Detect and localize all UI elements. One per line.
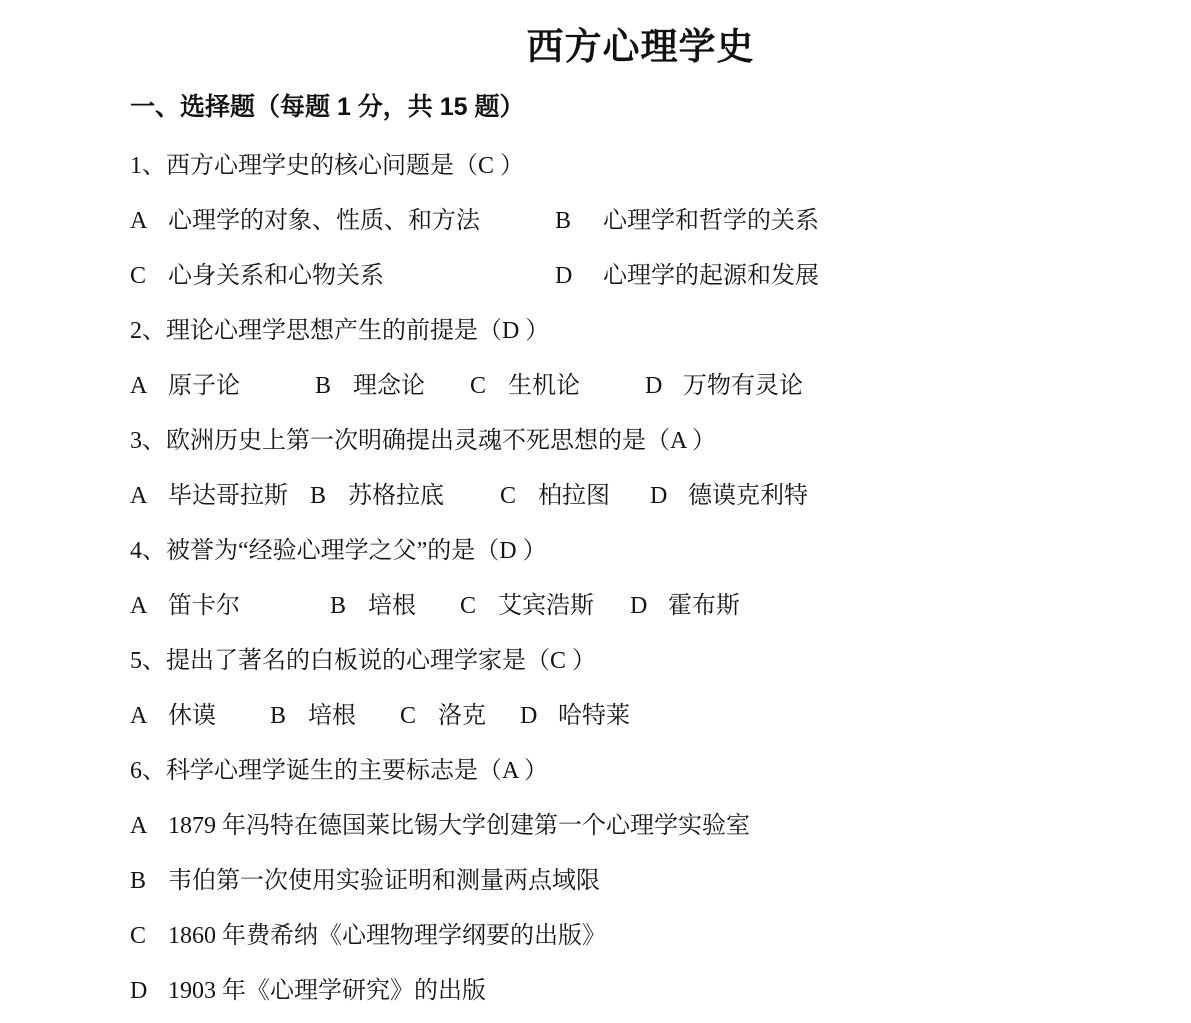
- question-2-text: 2、理论心理学思想产生的前提是（D ）: [130, 317, 1151, 345]
- question-3-option-a: A 毕达哥拉斯: [130, 482, 310, 510]
- option-text: 苏格拉底: [348, 482, 444, 510]
- option-label: D: [555, 262, 603, 290]
- question-1-option-c: C 心身关系和心物关系: [130, 262, 555, 290]
- question-6-option-b-row: B 韦伯第一次使用实验证明和测量两点域限: [130, 867, 1151, 895]
- option-label: B: [310, 482, 348, 510]
- option-text: 1860 年费希纳《心理物理学纲要的出版》: [168, 922, 606, 950]
- option-label: D: [645, 372, 683, 400]
- option-label: D: [650, 482, 688, 510]
- option-label: B: [130, 867, 168, 895]
- option-label: C: [500, 482, 538, 510]
- option-label: A: [130, 207, 168, 235]
- option-text: 培根: [368, 592, 416, 620]
- option-label: A: [130, 702, 168, 730]
- question-3-option-d: D 德谟克利特: [650, 482, 808, 510]
- question-2-option-c: C 生机论: [470, 372, 645, 400]
- question-6-text: 6、科学心理学诞生的主要标志是（A ）: [130, 757, 1151, 785]
- question-2-option-b: B 理念论: [315, 372, 470, 400]
- question-4-option-a: A 笛卡尔: [130, 592, 330, 620]
- option-text: 德谟克利特: [688, 482, 808, 510]
- question-1-options-row-2: C 心身关系和心物关系 D 心理学的起源和发展: [130, 262, 1151, 290]
- question-2-option-a: A 原子论: [130, 372, 315, 400]
- question-5-option-d: D 哈特莱: [520, 702, 630, 730]
- option-label: D: [630, 592, 668, 620]
- question-6-option-a: A 1879 年冯特在德国莱比锡大学创建第一个心理学实验室: [130, 812, 750, 840]
- question-1-options-row-1: A 心理学的对象、性质、和方法 B 心理学和哲学的关系: [130, 207, 1151, 235]
- question-1-option-b: B 心理学和哲学的关系: [555, 207, 819, 235]
- question-1-option-a: A 心理学的对象、性质、和方法: [130, 207, 555, 235]
- question-4-option-b: B 培根: [330, 592, 460, 620]
- option-text: 柏拉图: [538, 482, 610, 510]
- option-text: 毕达哥拉斯: [168, 482, 288, 510]
- option-text: 生机论: [508, 372, 580, 400]
- option-text: 1903 年《心理学研究》的出版: [168, 977, 486, 1005]
- option-label: D: [520, 702, 558, 730]
- question-4-option-c: C 艾宾浩斯: [460, 592, 630, 620]
- option-text: 休谟: [168, 702, 216, 730]
- question-4-text: 4、被誉为“经验心理学之父”的是（D ）: [130, 537, 1151, 565]
- option-text: 哈特莱: [558, 702, 630, 730]
- question-2-option-d: D 万物有灵论: [645, 372, 803, 400]
- option-text: 心理学的对象、性质、和方法: [168, 207, 480, 235]
- question-6-option-d-row: D 1903 年《心理学研究》的出版: [130, 977, 1151, 1005]
- question-5-option-c: C 洛克: [400, 702, 520, 730]
- option-text: 1879 年冯特在德国莱比锡大学创建第一个心理学实验室: [168, 812, 750, 840]
- option-text: 心理学和哲学的关系: [603, 207, 819, 235]
- option-label: A: [130, 812, 168, 840]
- question-3-options-row: A 毕达哥拉斯 B 苏格拉底 C 柏拉图 D 德谟克利特: [130, 482, 1151, 510]
- option-label: B: [555, 207, 603, 235]
- question-1-option-d: D 心理学的起源和发展: [555, 262, 819, 290]
- section-header: 一、选择题（每题 1 分，共 15 题）: [130, 92, 1151, 122]
- option-label: A: [130, 592, 168, 620]
- option-label: A: [130, 482, 168, 510]
- option-text: 心理学的起源和发展: [603, 262, 819, 290]
- document-page: 西方心理学史 一、选择题（每题 1 分，共 15 题） 1、西方心理学史的核心问…: [0, 0, 1191, 1023]
- option-label: A: [130, 372, 168, 400]
- option-label: C: [400, 702, 438, 730]
- question-4-options-row: A 笛卡尔 B 培根 C 艾宾浩斯 D 霍布斯: [130, 592, 1151, 620]
- option-text: 理念论: [353, 372, 425, 400]
- question-4-option-d: D 霍布斯: [630, 592, 740, 620]
- question-6-option-c: C 1860 年费希纳《心理物理学纲要的出版》: [130, 922, 606, 950]
- question-6-option-a-row: A 1879 年冯特在德国莱比锡大学创建第一个心理学实验室: [130, 812, 1151, 840]
- question-1-text: 1、西方心理学史的核心问题是（C ）: [130, 152, 1151, 180]
- question-3-text: 3、欧洲历史上第一次明确提出灵魂不死思想的是（A ）: [130, 427, 1151, 455]
- question-6-option-b: B 韦伯第一次使用实验证明和测量两点域限: [130, 867, 600, 895]
- option-label: B: [315, 372, 353, 400]
- document-title: 西方心理学史: [130, 24, 1151, 70]
- question-6-option-c-row: C 1860 年费希纳《心理物理学纲要的出版》: [130, 922, 1151, 950]
- question-2-options-row: A 原子论 B 理念论 C 生机论 D 万物有灵论: [130, 372, 1151, 400]
- question-3-option-b: B 苏格拉底: [310, 482, 500, 510]
- option-text: 洛克: [438, 702, 486, 730]
- option-label: C: [460, 592, 498, 620]
- option-text: 原子论: [168, 372, 240, 400]
- option-label: B: [330, 592, 368, 620]
- question-5-options-row: A 休谟 B 培根 C 洛克 D 哈特莱: [130, 702, 1151, 730]
- option-label: B: [270, 702, 308, 730]
- option-text: 韦伯第一次使用实验证明和测量两点域限: [168, 867, 600, 895]
- option-text: 培根: [308, 702, 356, 730]
- question-5-option-b: B 培根: [270, 702, 400, 730]
- option-text: 霍布斯: [668, 592, 740, 620]
- question-5-option-a: A 休谟: [130, 702, 270, 730]
- option-text: 心身关系和心物关系: [168, 262, 384, 290]
- option-label: C: [470, 372, 508, 400]
- option-label: D: [130, 977, 168, 1005]
- option-text: 笛卡尔: [168, 592, 240, 620]
- question-3-option-c: C 柏拉图: [500, 482, 650, 510]
- option-label: C: [130, 262, 168, 290]
- option-text: 艾宾浩斯: [498, 592, 594, 620]
- option-text: 万物有灵论: [683, 372, 803, 400]
- question-6-option-d: D 1903 年《心理学研究》的出版: [130, 977, 486, 1005]
- question-5-text: 5、提出了著名的白板说的心理学家是（C ）: [130, 647, 1151, 675]
- option-label: C: [130, 922, 168, 950]
